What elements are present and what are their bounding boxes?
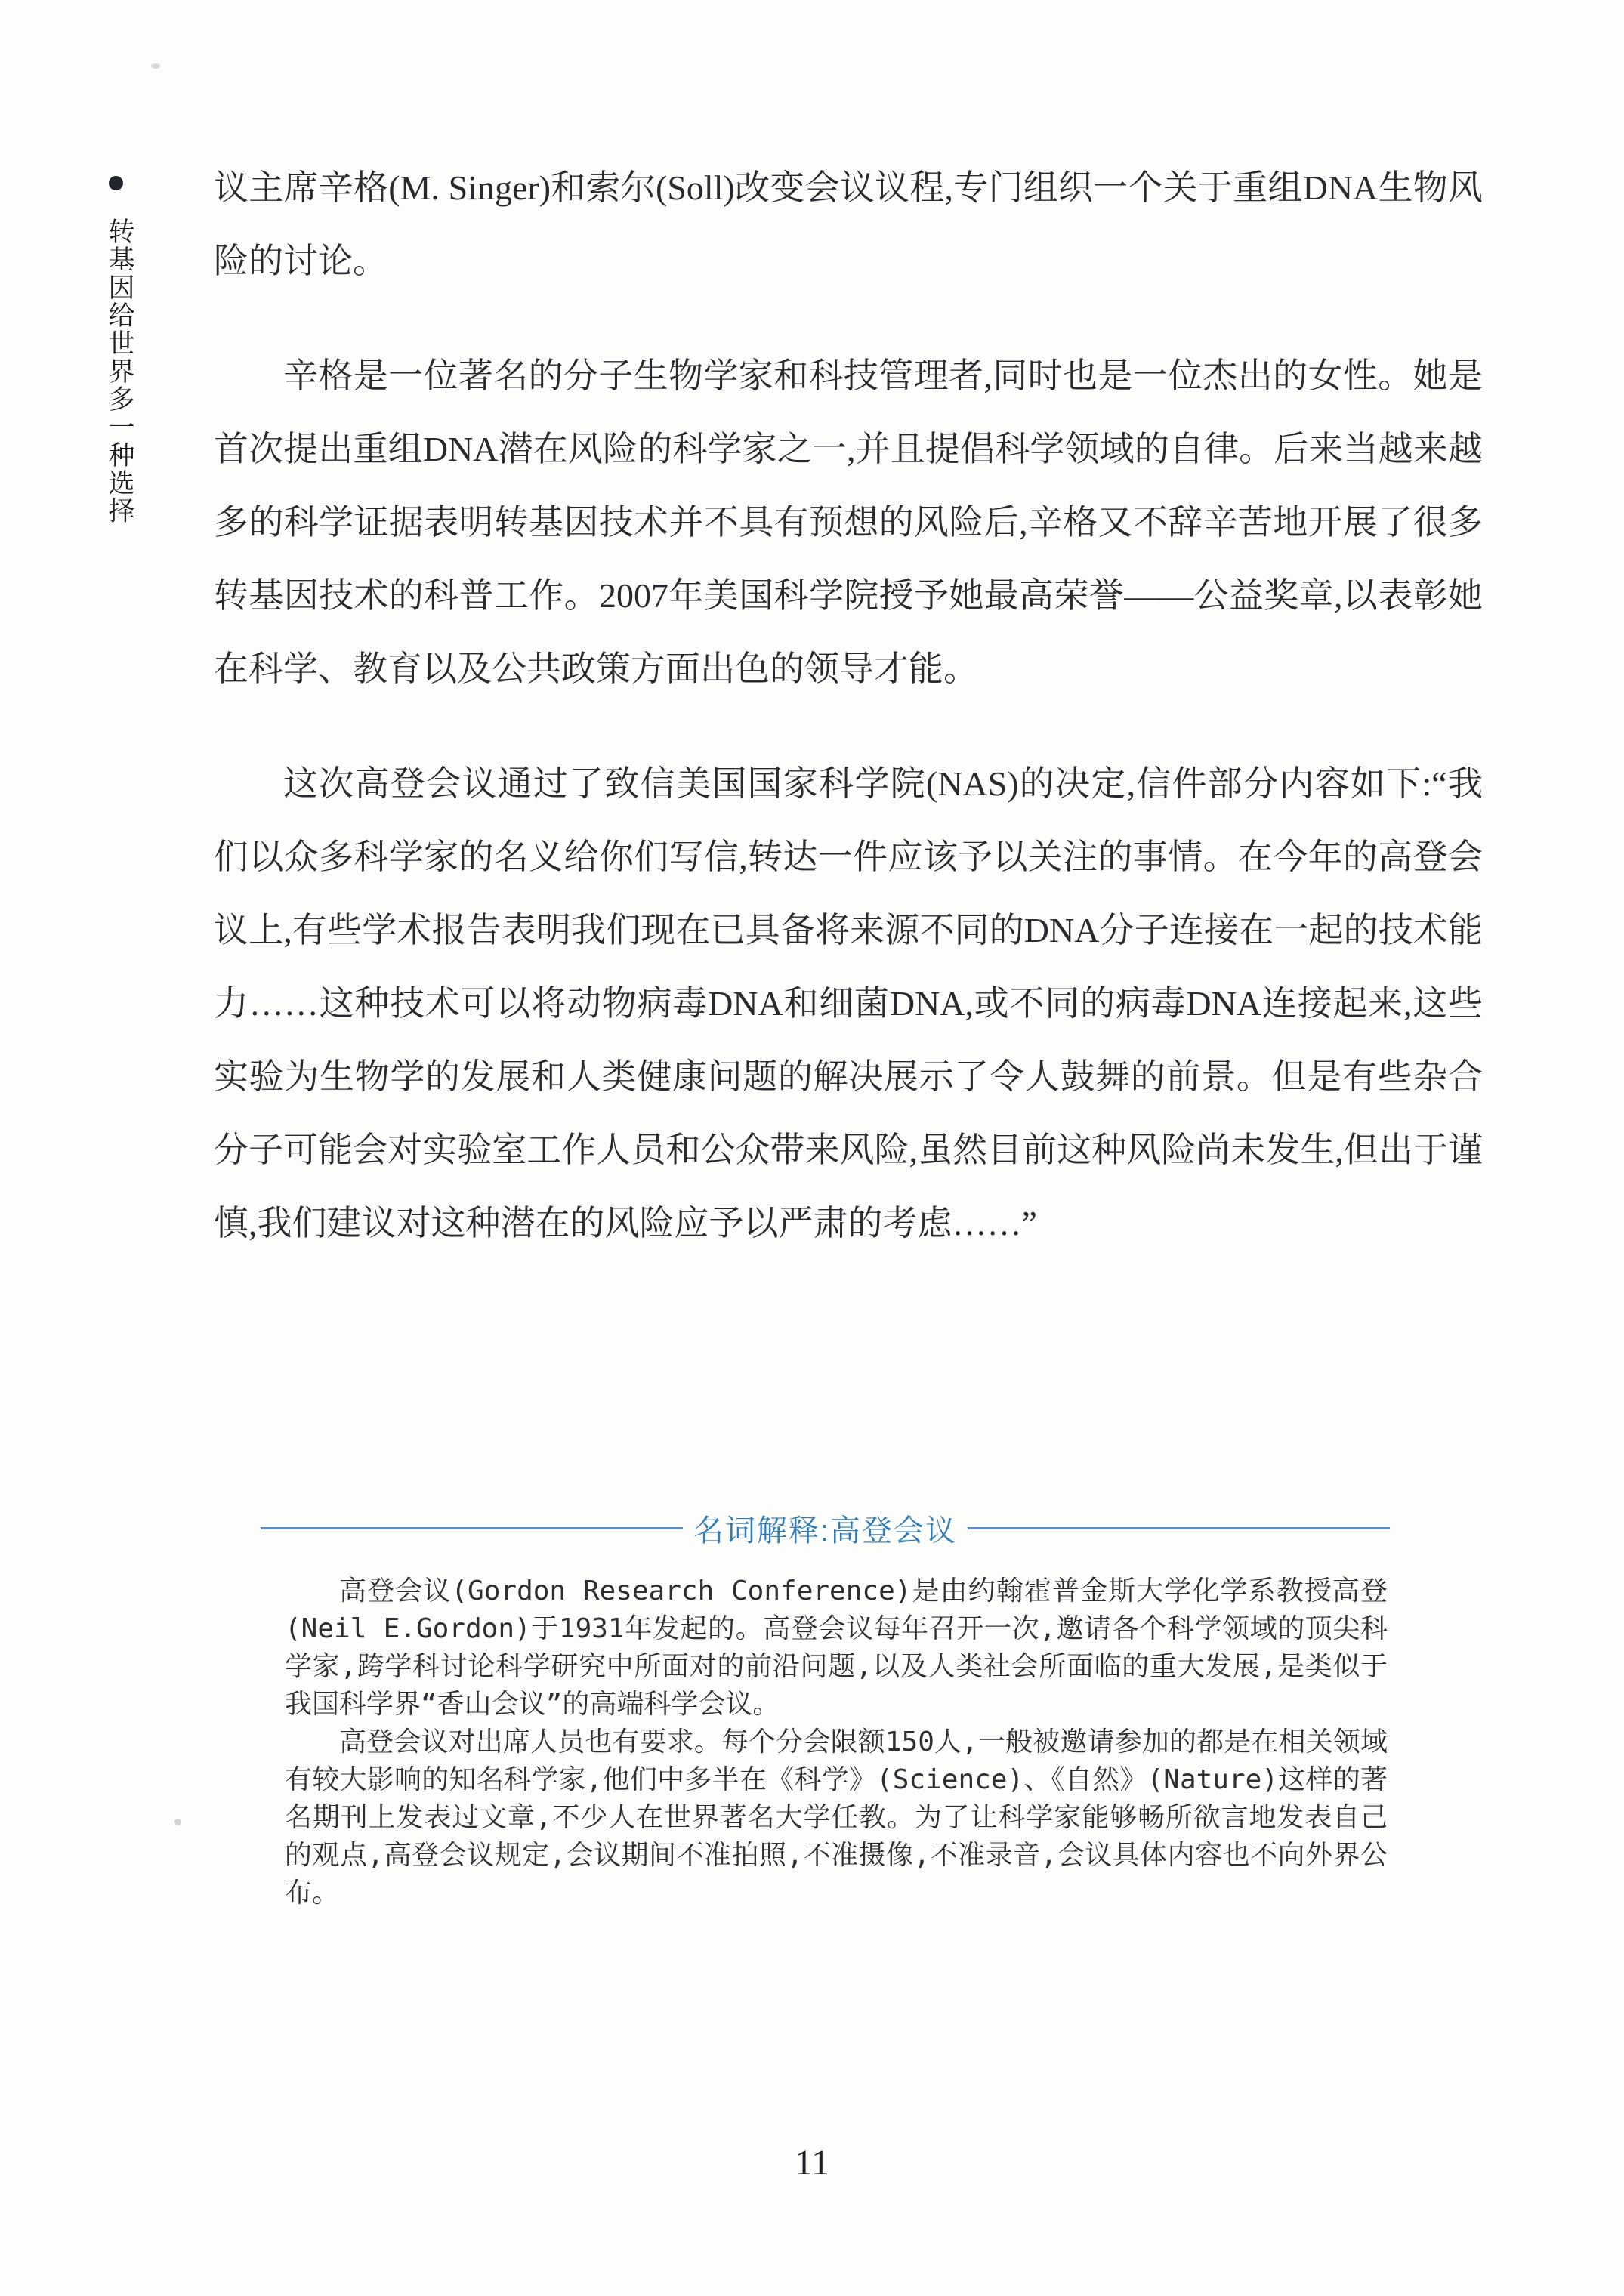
book-page: 转基因给世界多一种选择 议主席辛格(M. Singer)和索尔(Soll)改变会…: [0, 0, 1624, 2296]
body-paragraph: 辛格是一位著名的分子生物学家和科技管理者,同时也是一位杰出的女性。她是首次提出重…: [214, 339, 1483, 705]
glossary-title: 名词解释:高登会议: [693, 1507, 957, 1550]
body-paragraph: 这次高登会议通过了致信美国国家科学院(NAS)的决定,信件部分内容如下:“我们以…: [214, 747, 1483, 1260]
section-bullet-icon: [109, 176, 123, 190]
scan-speckle: [151, 63, 160, 69]
main-text-block: 议主席辛格(M. Singer)和索尔(Soll)改变会议议程,专门组织一个关于…: [214, 151, 1483, 1301]
header-rule-right: [968, 1527, 1390, 1529]
glossary-paragraph: 高登会议(Gordon Research Conference)是由约翰霍普金斯…: [285, 1572, 1388, 1724]
page-number: 11: [0, 2142, 1624, 2183]
glossary-paragraph: 高登会议对出席人员也有要求。每个分会限额150人,一般被邀请参加的都是在相关领域…: [285, 1724, 1388, 1912]
body-paragraph: 议主席辛格(M. Singer)和索尔(Soll)改变会议议程,专门组织一个关于…: [214, 151, 1483, 298]
glossary-header: 名词解释:高登会议: [261, 1507, 1390, 1549]
scan-speckle: [174, 1819, 181, 1825]
glossary-box: 高登会议(Gordon Research Conference)是由约翰霍普金斯…: [285, 1572, 1388, 1912]
header-rule-left: [261, 1527, 683, 1529]
margin-vertical-title: 转基因给世界多一种选择: [100, 218, 138, 525]
